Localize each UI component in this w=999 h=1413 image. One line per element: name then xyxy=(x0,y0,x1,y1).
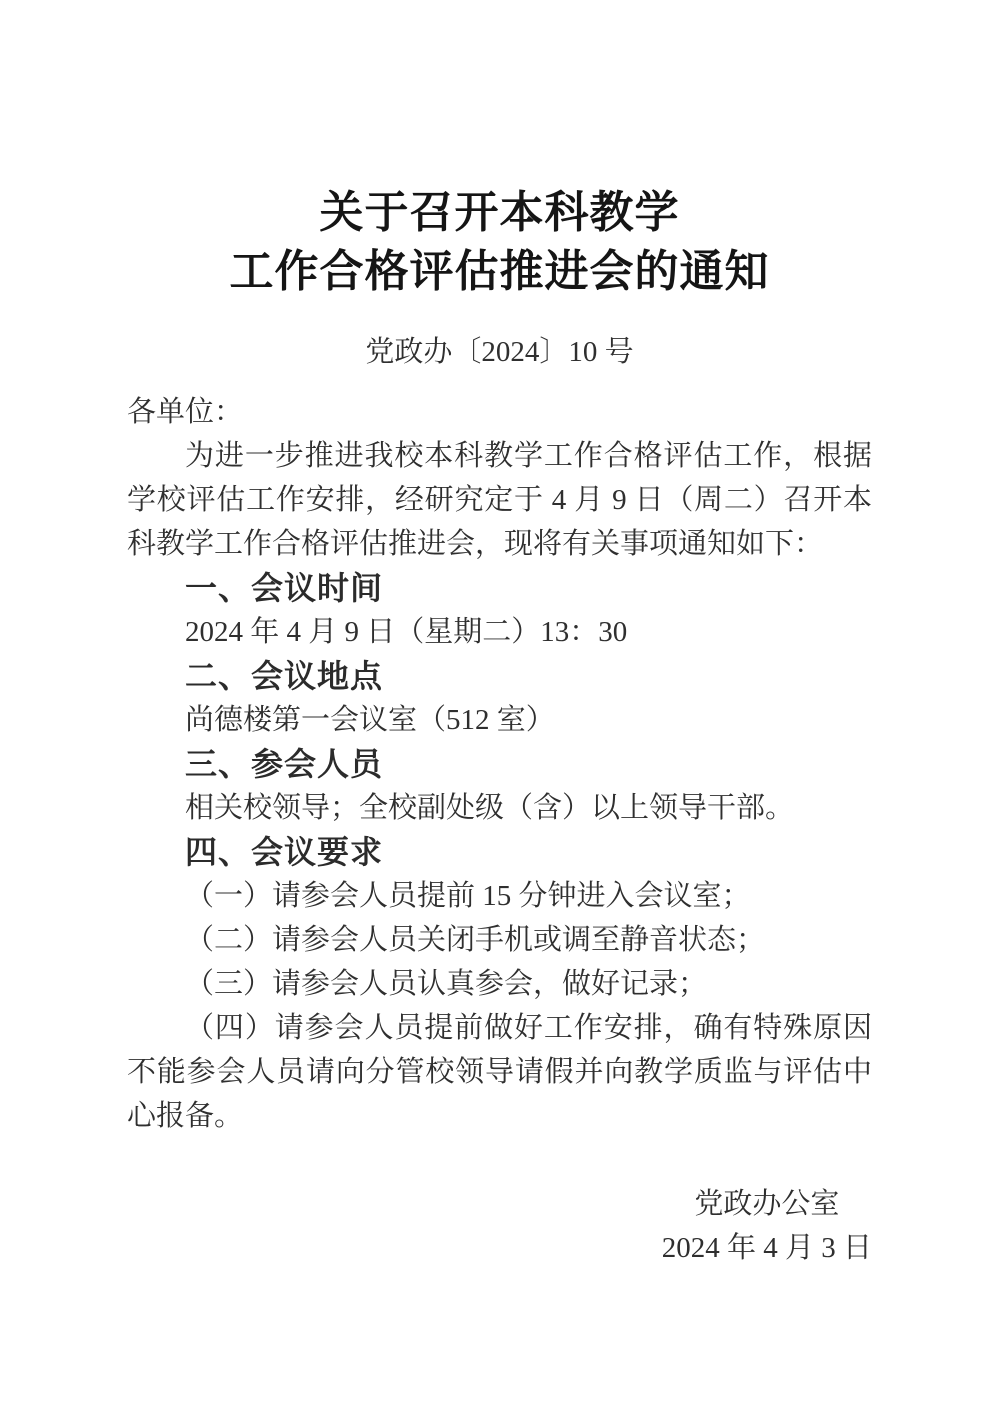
notice-document-page: 关于召开本科教学 工作合格评估推进会的通知 党政办〔2024〕10 号 各单位：… xyxy=(0,0,999,1413)
salutation: 各单位： xyxy=(127,390,872,434)
signature-date: 2024 年 4 月 3 日 xyxy=(662,1226,872,1270)
document-number: 党政办〔2024〕10 号 xyxy=(127,330,872,374)
requirement-item-1: （一）请参会人员提前 15 分钟进入会议室； xyxy=(127,874,872,918)
section-2-heading: 二、会议地点 xyxy=(127,654,872,698)
requirement-item-2: （二）请参会人员关闭手机或调至静音状态； xyxy=(127,918,872,962)
document-content: 关于召开本科教学 工作合格评估推进会的通知 党政办〔2024〕10 号 各单位：… xyxy=(0,0,999,1270)
document-title: 关于召开本科教学 工作合格评估推进会的通知 xyxy=(127,183,872,301)
requirement-item-4: （四）请参会人员提前做好工作安排，确有特殊原因不能参会人员请向分管校领导请假并向… xyxy=(127,1006,872,1138)
signature-block: 党政办公室 2024 年 4 月 3 日 xyxy=(127,1182,872,1270)
document-title-line2: 工作合格评估推进会的通知 xyxy=(127,242,872,301)
document-title-line1: 关于召开本科教学 xyxy=(127,183,872,242)
intro-paragraph: 为进一步推进我校本科教学工作合格评估工作，根据学校评估工作安排，经研究定于 4 … xyxy=(127,434,872,566)
requirement-item-3: （三）请参会人员认真参会，做好记录； xyxy=(127,962,872,1006)
meeting-location: 尚德楼第一会议室（512 室） xyxy=(127,698,872,742)
meeting-time: 2024 年 4 月 9 日（星期二）13：30 xyxy=(127,610,872,654)
meeting-participants: 相关校领导；全校副处级（含）以上领导干部。 xyxy=(127,786,872,830)
section-4-heading: 四、会议要求 xyxy=(127,830,872,874)
section-1-heading: 一、会议时间 xyxy=(127,566,872,610)
section-3-heading: 三、参会人员 xyxy=(127,742,872,786)
signature-office: 党政办公室 xyxy=(662,1182,872,1226)
document-body: 各单位： 为进一步推进我校本科教学工作合格评估工作，根据学校评估工作安排，经研究… xyxy=(127,390,872,1270)
